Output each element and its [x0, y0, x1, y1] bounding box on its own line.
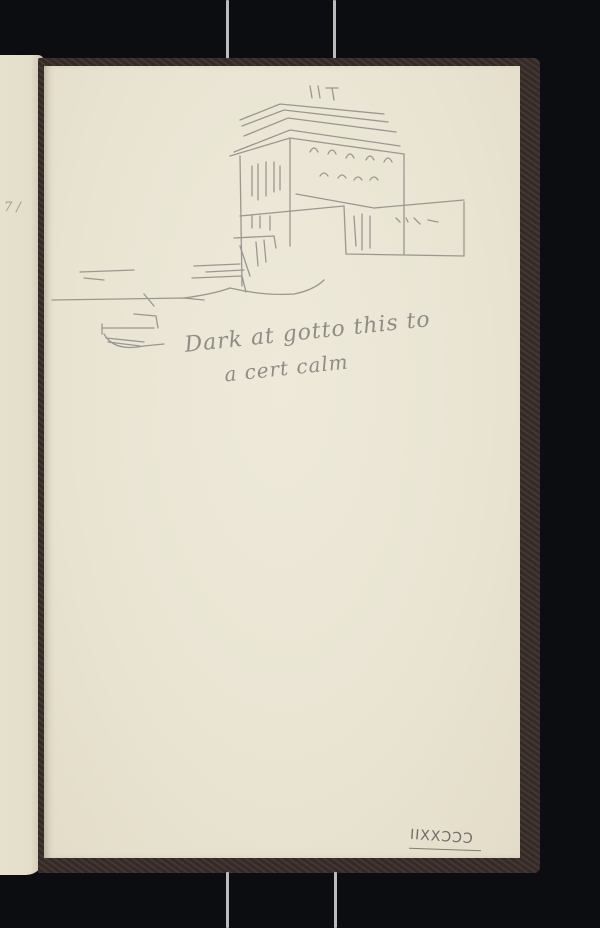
bottom-clip-left	[226, 872, 229, 928]
left-page-margin-mark: 7 /	[4, 200, 21, 215]
sketchbook-page: Dark at gotto this to a cert calm CCCXXI…	[44, 66, 520, 858]
bottom-clip-right	[334, 872, 337, 928]
building-sketch	[44, 66, 520, 858]
top-clip-right	[333, 0, 336, 62]
top-clip-left	[226, 0, 229, 66]
